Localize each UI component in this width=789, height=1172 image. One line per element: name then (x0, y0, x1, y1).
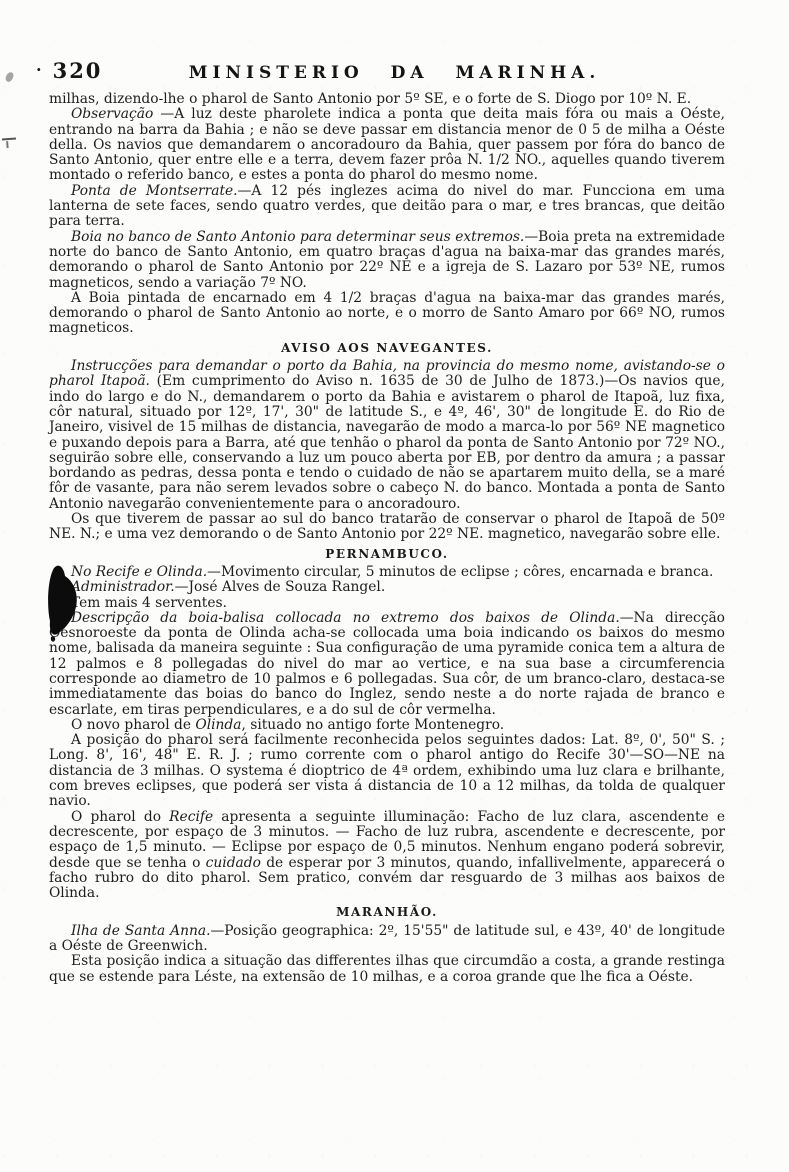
paragraph: Esta posição indica a situação das diffe… (49, 954, 725, 985)
paragraph: Tem mais 4 serventes. (49, 596, 725, 611)
paragraph: milhas, dizendo-lhe o pharol de Santo An… (49, 92, 725, 107)
paragraph: O pharol do Recife apresenta a seguinte … (49, 810, 725, 902)
section-heading: AVISO AOS NAVEGANTES. (49, 341, 725, 356)
paragraph: Administrador.—José Alves de Souza Range… (49, 580, 725, 595)
paragraph: Ilha de Santa Anna.—Posição geographica:… (49, 924, 725, 955)
paragraph: Instrucções para demandar o porto da Bah… (49, 359, 725, 512)
scan-artifact-corner (2, 138, 16, 141)
section-heading: PERNAMBUCO. (49, 547, 725, 562)
scanned-page: ·320 MINISTERIO DA MARINHA. milhas, dize… (0, 0, 789, 1172)
paragraph: O novo pharol de Olinda, situado no anti… (49, 718, 725, 733)
paragraph: A posição do pharol será facilmente reco… (49, 733, 725, 809)
paragraph: No Recife e Olinda.—Movimento circular, … (49, 565, 725, 580)
paragraph: Os que tiverem de passar ao sul do banco… (49, 512, 725, 543)
content: milhas, dizendo-lhe o pharol de Santo An… (49, 92, 725, 985)
page-header-title: MINISTERIO DA MARINHA. (0, 63, 789, 83)
ink-blot (40, 560, 86, 646)
section-heading: MARANHÃO. (49, 905, 725, 920)
paragraph: A Boia pintada de encarnado em 4 1/2 bra… (49, 291, 725, 337)
paragraph: Ponta de Montserrate.—A 12 pés inglezes … (49, 184, 725, 230)
paragraph: Descripção da boia-balisa collocada no e… (49, 611, 725, 718)
paragraph: Observação —A luz deste pharolete indica… (49, 107, 725, 183)
paragraph: Boia no banco de Santo Antonio para dete… (49, 230, 725, 291)
